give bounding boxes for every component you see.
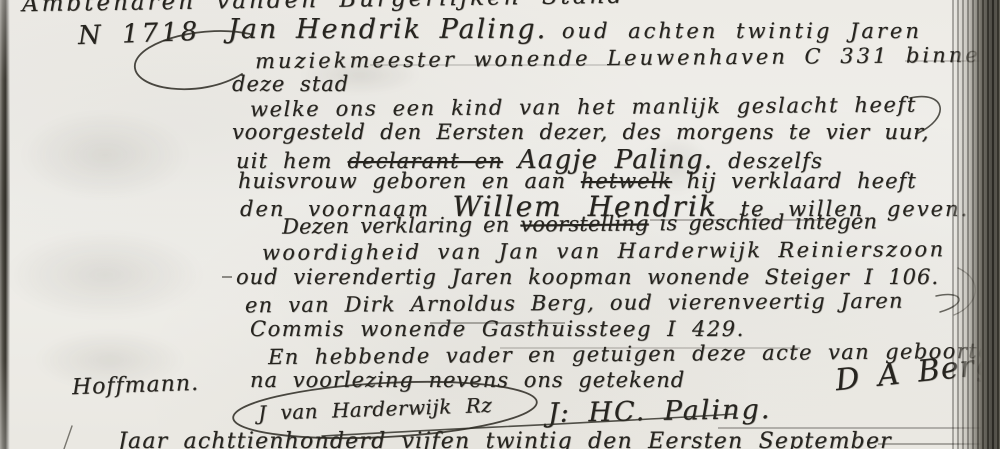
scan-artifact-line [650,219,835,221]
page-stack-edge [952,0,1000,449]
next-act-clipped-line: Jaar achttienhonderd vijfen twintig den … [118,430,892,449]
ink-bleed-smudge [20,110,190,200]
father-name: Jan Hendrik Paling. [228,14,547,45]
witness1-signature: J van Harderwijk Rz [258,394,493,424]
witness-intro-struck-word: voorstelling [520,211,649,236]
scanned-birth-record-page: Ambtenaren vanden Burgerlijken Stand N 1… [0,0,1000,449]
official-signature: Hoffmann. [72,372,200,401]
record-line-city: deze stad [232,73,349,96]
record-line-witness1-details: oud vierendertig Jaren koopman wonende S… [236,266,939,289]
book-binding-edge [0,0,10,449]
scan-artifact-line [370,64,630,66]
witness-intro-post: is geschied integen [659,209,877,235]
record-line-witness-intro: Dezen verklaring en voorstelling is gesc… [282,210,877,238]
ink-bleed-smudge [5,230,205,320]
act-number: N 1718 [78,18,201,51]
record-line-closing2: na voorlezing nevens ons getekend [250,369,685,392]
record-line-witness1-name: woordigheid van Jan van Harderwijk Reini… [262,238,946,265]
scan-artifact-line [500,347,800,349]
declarant-age-text: oud achten twintig Jaren [562,19,922,43]
record-line-birth-datetime: voorgesteld den Eersten dezer, des morge… [232,121,929,144]
witness-intro-pre: Dezen verklaring en [282,213,510,239]
clipped-stroke [64,426,72,449]
father-signature: J: HC. Paling. [548,395,772,429]
record-line-child-sex: welke ons een kind van het manlijk gesla… [250,94,917,122]
margin-dash-mark [222,276,232,278]
record-line-declarant: Jan Hendrik Paling. oud achten twintig J… [228,15,922,45]
record-line-witness2-name: en van Dirk Arnoldus Berg, oud vierenvee… [245,290,904,318]
declaration-post: hij verklaard heeft [687,169,917,193]
record-line-occupation-address: muziekmeester wonende Leuwenhaven C 331 … [255,44,997,74]
scan-artifact-line [430,322,565,324]
